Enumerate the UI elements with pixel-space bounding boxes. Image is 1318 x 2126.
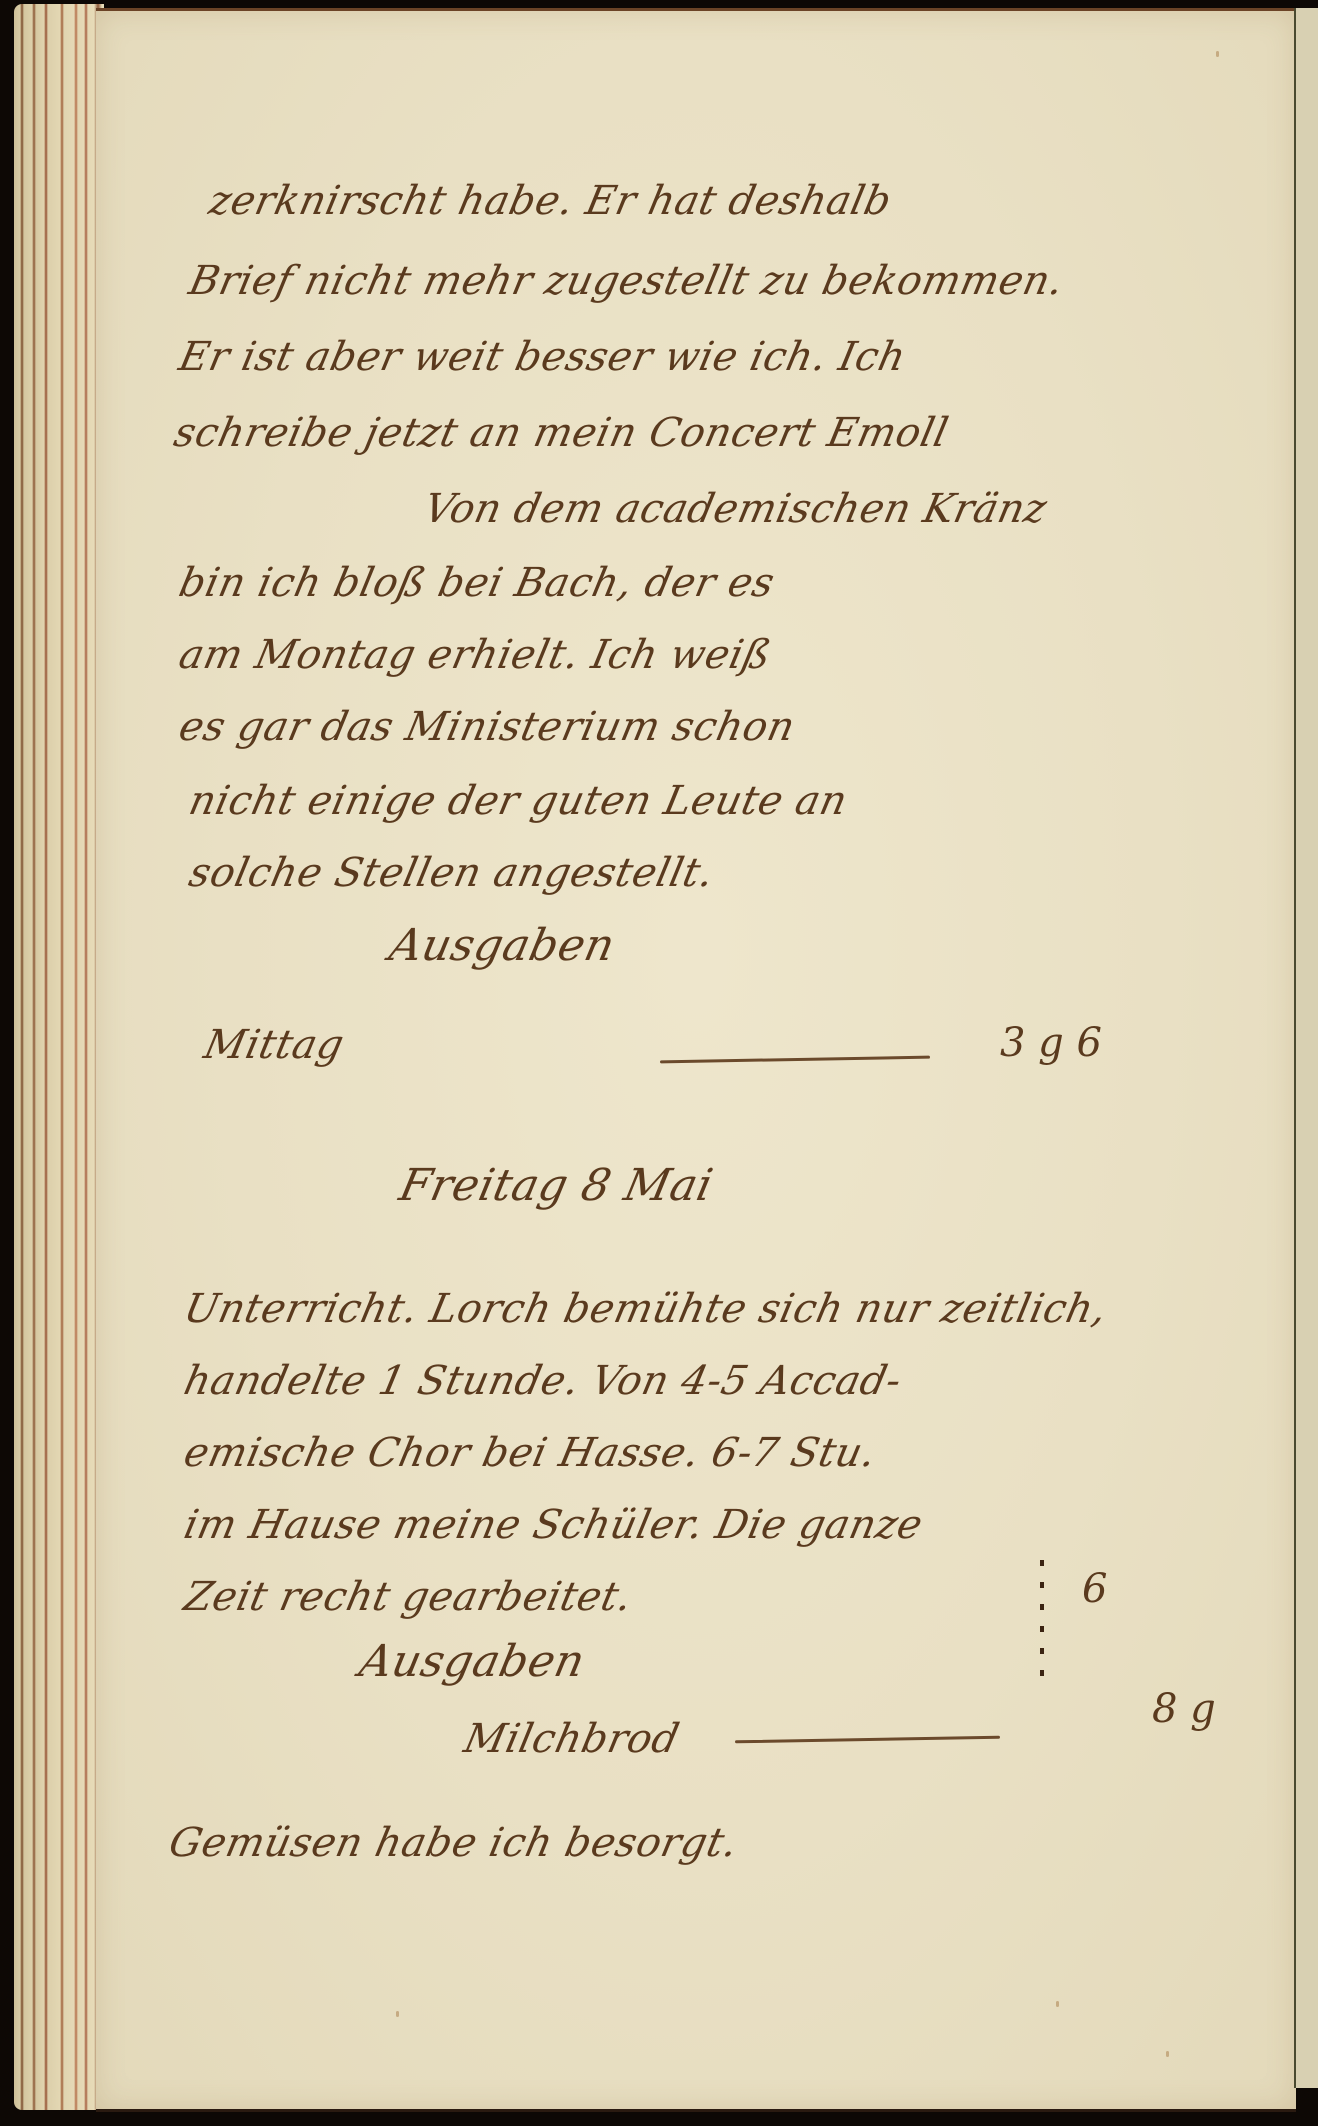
expense-item: Milchbrod: [460, 1716, 683, 1762]
paper-speck: [1056, 2001, 1059, 2007]
expenses-heading: Ausgaben: [385, 920, 619, 971]
margin-amount: 6: [1082, 1566, 1107, 1612]
dotted-margin-rule: [1040, 1560, 1044, 1690]
book-page-edges: [14, 4, 104, 2110]
text-line: Von dem academischen Kränz: [420, 486, 1051, 532]
text-line: solche Stellen angestellt.: [185, 850, 718, 896]
expense-item: Mittag: [200, 1022, 348, 1068]
entry-date-heading: Freitag 8 Mai: [395, 1160, 717, 1211]
text-line: Unterricht. Lorch bemühte sich nur zeitl…: [180, 1286, 1111, 1332]
text-line: schreibe jetzt an mein Concert Emoll: [170, 410, 952, 456]
text-line: bin ich bloß bei Bach, der es: [175, 560, 779, 606]
text-line: es gar das Ministerium schon: [175, 704, 799, 750]
paper-speck: [396, 2011, 399, 2017]
text-line: nicht einige der guten Leute an: [185, 778, 852, 824]
text-line: am Montag erhielt. Ich weiß: [175, 632, 775, 678]
expense-amount: 3 g 6: [1000, 1020, 1102, 1066]
text-line: zerknirscht habe. Er hat deshalb: [205, 178, 896, 224]
text-line: emische Chor bei Hasse. 6-7 Stu.: [180, 1430, 880, 1476]
text-line: Zeit recht gearbeitet.: [180, 1574, 636, 1620]
text-line: Er ist aber weit besser wie ich. Ich: [175, 334, 910, 380]
expenses-heading: Ausgaben: [355, 1636, 589, 1687]
text-line: Brief nicht mehr zugestellt zu bekommen.: [185, 258, 1068, 304]
closing-line: Gemüsen habe ich besorgt.: [165, 1820, 742, 1866]
paper-speck: [1166, 2051, 1169, 2057]
expense-amount: 8 g: [1152, 1686, 1216, 1732]
text-line: im Hause meine Schüler. Die ganze: [180, 1502, 927, 1548]
next-page-edge: [1294, 8, 1318, 2088]
text-line: handelte 1 Stunde. Von 4-5 Accad-: [180, 1358, 906, 1404]
paper-speck: [1216, 51, 1219, 57]
